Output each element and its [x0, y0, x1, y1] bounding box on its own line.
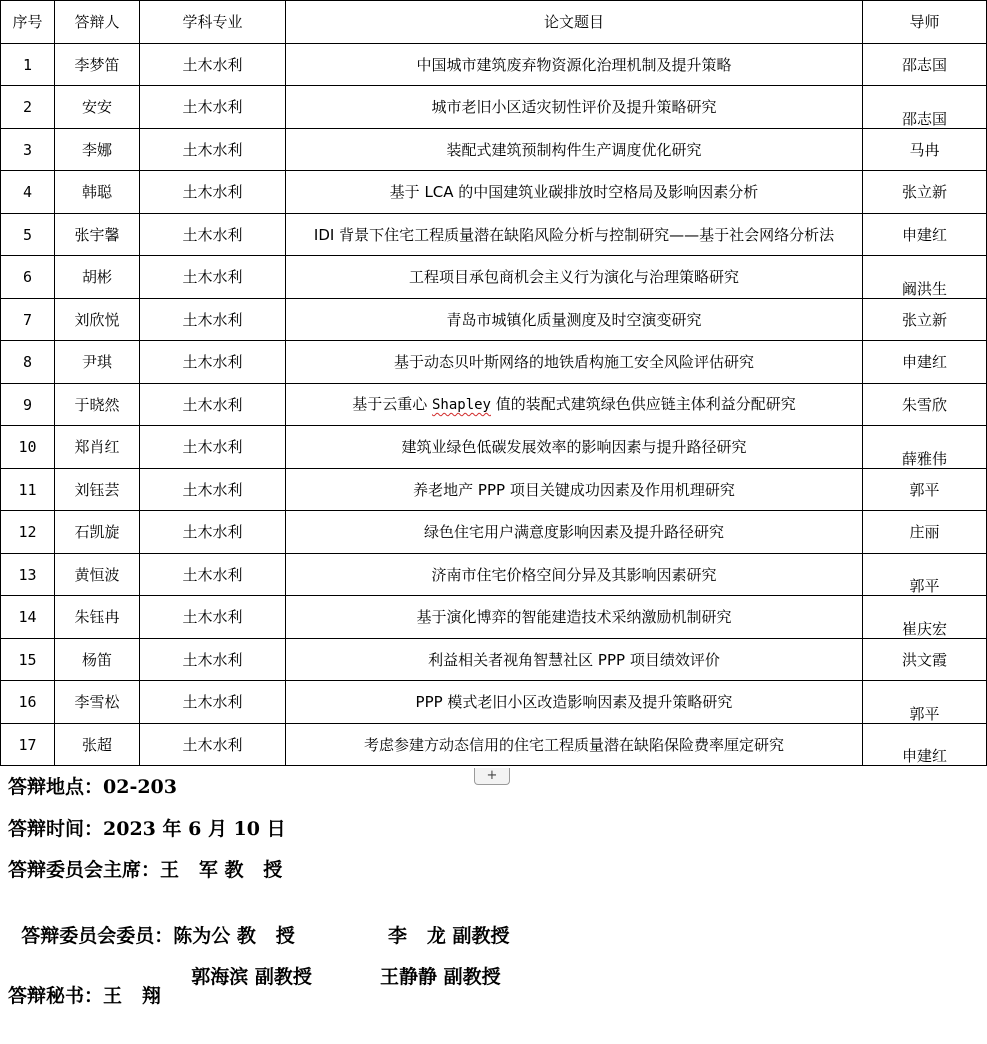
cell-advisor: 张立新 [863, 171, 987, 214]
cell-index: 10 [1, 426, 55, 469]
cell-major: 土木水利 [140, 724, 286, 766]
cell-advisor: 庄丽 [863, 511, 987, 554]
defense-location: 答辩地点：02-203 [8, 775, 177, 799]
cell-title: 基于云重心 Shapley 值的装配式建筑绿色供应链主体利益分配研究 [286, 384, 863, 426]
cell-index: 9 [1, 384, 55, 426]
cell-major: 土木水利 [140, 554, 286, 596]
cell-index: 14 [1, 596, 55, 639]
cell-index: 17 [1, 724, 55, 766]
cell-index: 7 [1, 299, 55, 341]
committee-chair: 答辩委员会主席：王 军 教 授 [8, 858, 282, 882]
cell-title: 建筑业绿色低碳发展效率的影响因素与提升路径研究 [286, 426, 863, 469]
defense-schedule-table: 序号 答辩人 学科专业 论文题目 导师 1李梦笛土木水利中国城市建筑废弃物资源化… [0, 0, 987, 766]
cell-student: 张超 [55, 724, 140, 766]
cell-student: 石凯旋 [55, 511, 140, 554]
cell-index: 11 [1, 469, 55, 511]
cell-major: 土木水利 [140, 171, 286, 214]
header-advisor: 导师 [863, 1, 987, 44]
cell-title: 基于 LCA 的中国建筑业碳排放时空格局及影响因素分析 [286, 171, 863, 214]
cell-index: 5 [1, 214, 55, 256]
table-row: 8尹琪土木水利基于动态贝叶斯网络的地铁盾构施工安全风险评估研究申建红 [1, 341, 987, 384]
table-row: 1李梦笛土木水利中国城市建筑废弃物资源化治理机制及提升策略邵志国 [1, 44, 987, 86]
committee-member: 郭海滨 副教授 [191, 966, 312, 988]
table-row: 16李雪松土木水利PPP 模式老旧小区改造影响因素及提升策略研究郭平 [1, 681, 987, 724]
cell-advisor: 崔庆宏 [863, 596, 987, 639]
table-row: 9于晓然土木水利基于云重心 Shapley 值的装配式建筑绿色供应链主体利益分配… [1, 384, 987, 426]
cell-advisor: 马冉 [863, 129, 987, 171]
cell-advisor: 阚洪生 [863, 256, 987, 299]
cell-major: 土木水利 [140, 681, 286, 724]
cell-major: 土木水利 [140, 596, 286, 639]
cell-title: 中国城市建筑废弃物资源化治理机制及提升策略 [286, 44, 863, 86]
table-row: 6胡彬土木水利工程项目承包商机会主义行为演化与治理策略研究阚洪生 [1, 256, 987, 299]
cell-student: 郑肖红 [55, 426, 140, 469]
cell-student: 黄恒波 [55, 554, 140, 596]
cell-advisor: 郭平 [863, 554, 987, 596]
cell-student: 杨笛 [55, 639, 140, 681]
cell-major: 土木水利 [140, 469, 286, 511]
cell-index: 16 [1, 681, 55, 724]
cell-student: 刘欣悦 [55, 299, 140, 341]
cell-major: 土木水利 [140, 129, 286, 171]
cell-student: 朱钰冉 [55, 596, 140, 639]
cell-advisor: 张立新 [863, 299, 987, 341]
cell-advisor: 申建红 [863, 214, 987, 256]
cell-title: 利益相关者视角智慧社区 PPP 项目绩效评价 [286, 639, 863, 681]
cell-advisor: 朱雪欣 [863, 384, 987, 426]
cell-advisor: 洪文霞 [863, 639, 987, 681]
cell-major: 土木水利 [140, 426, 286, 469]
cell-index: 3 [1, 129, 55, 171]
header-major: 学科专业 [140, 1, 286, 44]
cell-advisor: 郭平 [863, 469, 987, 511]
cell-major: 土木水利 [140, 86, 286, 129]
cell-student: 于晓然 [55, 384, 140, 426]
cell-title: 绿色住宅用户满意度影响因素及提升路径研究 [286, 511, 863, 554]
cell-advisor: 邵志国 [863, 44, 987, 86]
cell-title: 养老地产 PPP 项目关键成功因素及作用机理研究 [286, 469, 863, 511]
table-row: 5张宇馨土木水利IDI 背景下住宅工程质量潜在缺陷风险分析与控制研究——基于社会… [1, 214, 987, 256]
cell-student: 刘钰芸 [55, 469, 140, 511]
cell-title: 城市老旧小区适灾韧性评价及提升策略研究 [286, 86, 863, 129]
cell-student: 张宇馨 [55, 214, 140, 256]
cell-index: 15 [1, 639, 55, 681]
committee-members-label: 答辩委员会委员： [21, 925, 173, 947]
cell-student: 李雪松 [55, 681, 140, 724]
cell-title: PPP 模式老旧小区改造影响因素及提升策略研究 [286, 681, 863, 724]
cell-major: 土木水利 [140, 384, 286, 426]
header-title: 论文题目 [286, 1, 863, 44]
cell-major: 土木水利 [140, 511, 286, 554]
cell-advisor: 申建红 [863, 724, 987, 766]
header-student: 答辩人 [55, 1, 140, 44]
committee-members-row-2: 郭海滨 副教授王静静 副教授 [178, 941, 312, 989]
header-index: 序号 [1, 1, 55, 44]
cell-advisor: 邵志国 [863, 86, 987, 129]
cell-title: 工程项目承包商机会主义行为演化与治理策略研究 [286, 256, 863, 299]
committee-member: 王静静 副教授 [380, 965, 501, 989]
cell-advisor: 郭平 [863, 681, 987, 724]
cell-title: 装配式建筑预制构件生产调度优化研究 [286, 129, 863, 171]
defense-secretary: 答辩秘书：王 翔 [8, 984, 161, 1008]
table-row: 3李娜土木水利装配式建筑预制构件生产调度优化研究马冉 [1, 129, 987, 171]
cell-student: 李梦笛 [55, 44, 140, 86]
table-row: 4韩聪土木水利基于 LCA 的中国建筑业碳排放时空格局及影响因素分析张立新 [1, 171, 987, 214]
cell-major: 土木水利 [140, 299, 286, 341]
cell-student: 尹琪 [55, 341, 140, 384]
defense-time: 答辩时间：2023 年 6 月 10 日 [8, 817, 286, 841]
cell-student: 安安 [55, 86, 140, 129]
table-row: 12石凯旋土木水利绿色住宅用户满意度影响因素及提升路径研究庄丽 [1, 511, 987, 554]
table-row: 10郑肖红土木水利建筑业绿色低碳发展效率的影响因素与提升路径研究薛雅伟 [1, 426, 987, 469]
cell-title: 济南市住宅价格空间分异及其影响因素研究 [286, 554, 863, 596]
cell-index: 4 [1, 171, 55, 214]
cell-title: IDI 背景下住宅工程质量潜在缺陷风险分析与控制研究——基于社会网络分析法 [286, 214, 863, 256]
cell-major: 土木水利 [140, 639, 286, 681]
cell-student: 胡彬 [55, 256, 140, 299]
title-text: 基于云重心 [352, 395, 432, 413]
cell-index: 12 [1, 511, 55, 554]
table-row: 7刘欣悦土木水利青岛市城镇化质量测度及时空演变研究张立新 [1, 299, 987, 341]
cell-index: 2 [1, 86, 55, 129]
cell-title: 考虑参建方动态信用的住宅工程质量潜在缺陷保险费率厘定研究 [286, 724, 863, 766]
table-row: 2安安土木水利城市老旧小区适灾韧性评价及提升策略研究邵志国 [1, 86, 987, 129]
cell-index: 1 [1, 44, 55, 86]
cell-major: 土木水利 [140, 44, 286, 86]
committee-member: 李 龙 副教授 [388, 924, 509, 948]
cell-index: 13 [1, 554, 55, 596]
cell-student: 李娜 [55, 129, 140, 171]
table-row: 15杨笛土木水利利益相关者视角智慧社区 PPP 项目绩效评价洪文霞 [1, 639, 987, 681]
cell-student: 韩聪 [55, 171, 140, 214]
cell-title: 基于演化博弈的智能建造技术采纳激励机制研究 [286, 596, 863, 639]
add-row-button[interactable]: + [474, 768, 510, 785]
cell-index: 8 [1, 341, 55, 384]
cell-advisor: 薛雅伟 [863, 426, 987, 469]
spellcheck-flagged-word: Shapley [432, 397, 491, 413]
table-header-row: 序号 答辩人 学科专业 论文题目 导师 [1, 1, 987, 44]
table-row: 17张超土木水利考虑参建方动态信用的住宅工程质量潜在缺陷保险费率厘定研究申建红 [1, 724, 987, 766]
table-row: 14朱钰冉土木水利基于演化博弈的智能建造技术采纳激励机制研究崔庆宏 [1, 596, 987, 639]
cell-title: 青岛市城镇化质量测度及时空演变研究 [286, 299, 863, 341]
table-row: 13黄恒波土木水利济南市住宅价格空间分异及其影响因素研究郭平 [1, 554, 987, 596]
cell-major: 土木水利 [140, 341, 286, 384]
table-row: 11刘钰芸土木水利养老地产 PPP 项目关键成功因素及作用机理研究郭平 [1, 469, 987, 511]
cell-title: 基于动态贝叶斯网络的地铁盾构施工安全风险评估研究 [286, 341, 863, 384]
title-text: 值的装配式建筑绿色供应链主体利益分配研究 [491, 395, 796, 413]
cell-major: 土木水利 [140, 214, 286, 256]
cell-advisor: 申建红 [863, 341, 987, 384]
cell-major: 土木水利 [140, 256, 286, 299]
table-body: 1李梦笛土木水利中国城市建筑废弃物资源化治理机制及提升策略邵志国2安安土木水利城… [1, 44, 987, 766]
cell-index: 6 [1, 256, 55, 299]
